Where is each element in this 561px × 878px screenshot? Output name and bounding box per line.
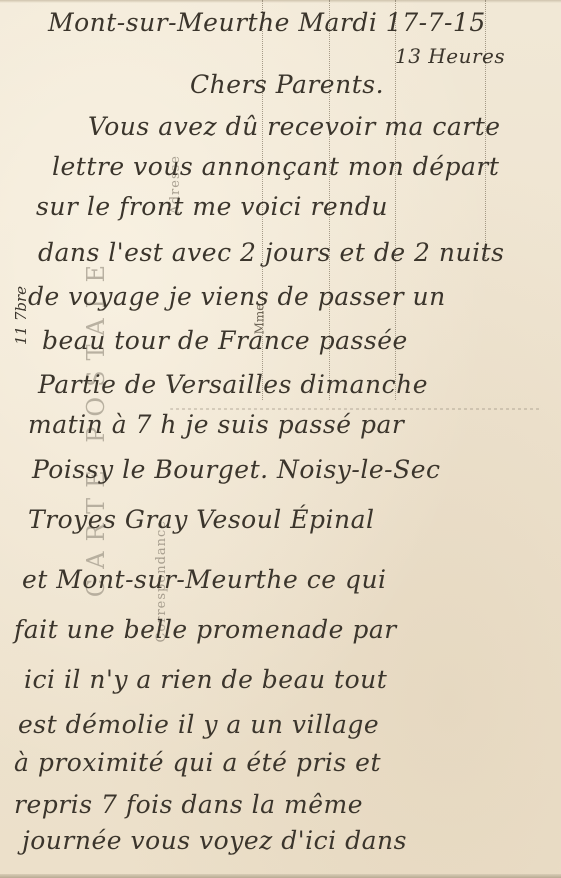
- letter-line: lettre vous annonçant mon départ: [52, 152, 499, 181]
- letter-line: et Mont-sur-Meurthe ce qui: [22, 565, 387, 594]
- letter-line: repris 7 fois dans la même: [14, 790, 363, 819]
- letter-line: beau tour de France passée: [42, 326, 408, 355]
- letter-line: est démolie il y a un village: [18, 710, 379, 739]
- postcard: CARTE POSTALE Adresse Correspondance Mme…: [0, 0, 561, 878]
- letter-line: Poissy le Bourget. Noisy-le-Sec: [32, 455, 441, 484]
- card-bottom-edge: [0, 874, 561, 878]
- letter-line: ici il n'y a rien de beau tout: [24, 665, 387, 694]
- letter-line: Vous avez dû recevoir ma carte: [88, 112, 501, 141]
- letter-line: matin à 7 h je suis passé par: [28, 410, 404, 439]
- letter-line: de voyage je viens de passer un: [28, 282, 446, 311]
- letter-line: fait une belle promenade par: [14, 615, 397, 644]
- letter-line: Troyes Gray Vesoul Épinal: [28, 505, 375, 534]
- time: 13 Heures: [395, 44, 505, 68]
- letter-line: Partie de Versailles dimanche: [38, 370, 428, 399]
- place-date: Mont-sur-Meurthe Mardi 17-7-15: [48, 8, 486, 37]
- letter-line: à proximité qui a été pris et: [14, 748, 381, 777]
- letter-line: journée vous voyez d'ici dans: [22, 826, 407, 855]
- letter-line: dans l'est avec 2 jours et de 2 nuits: [38, 238, 505, 267]
- letter-line: sur le front me voici rendu: [36, 192, 388, 221]
- card-top-edge: [0, 0, 561, 3]
- salutation: Chers Parents.: [190, 70, 384, 99]
